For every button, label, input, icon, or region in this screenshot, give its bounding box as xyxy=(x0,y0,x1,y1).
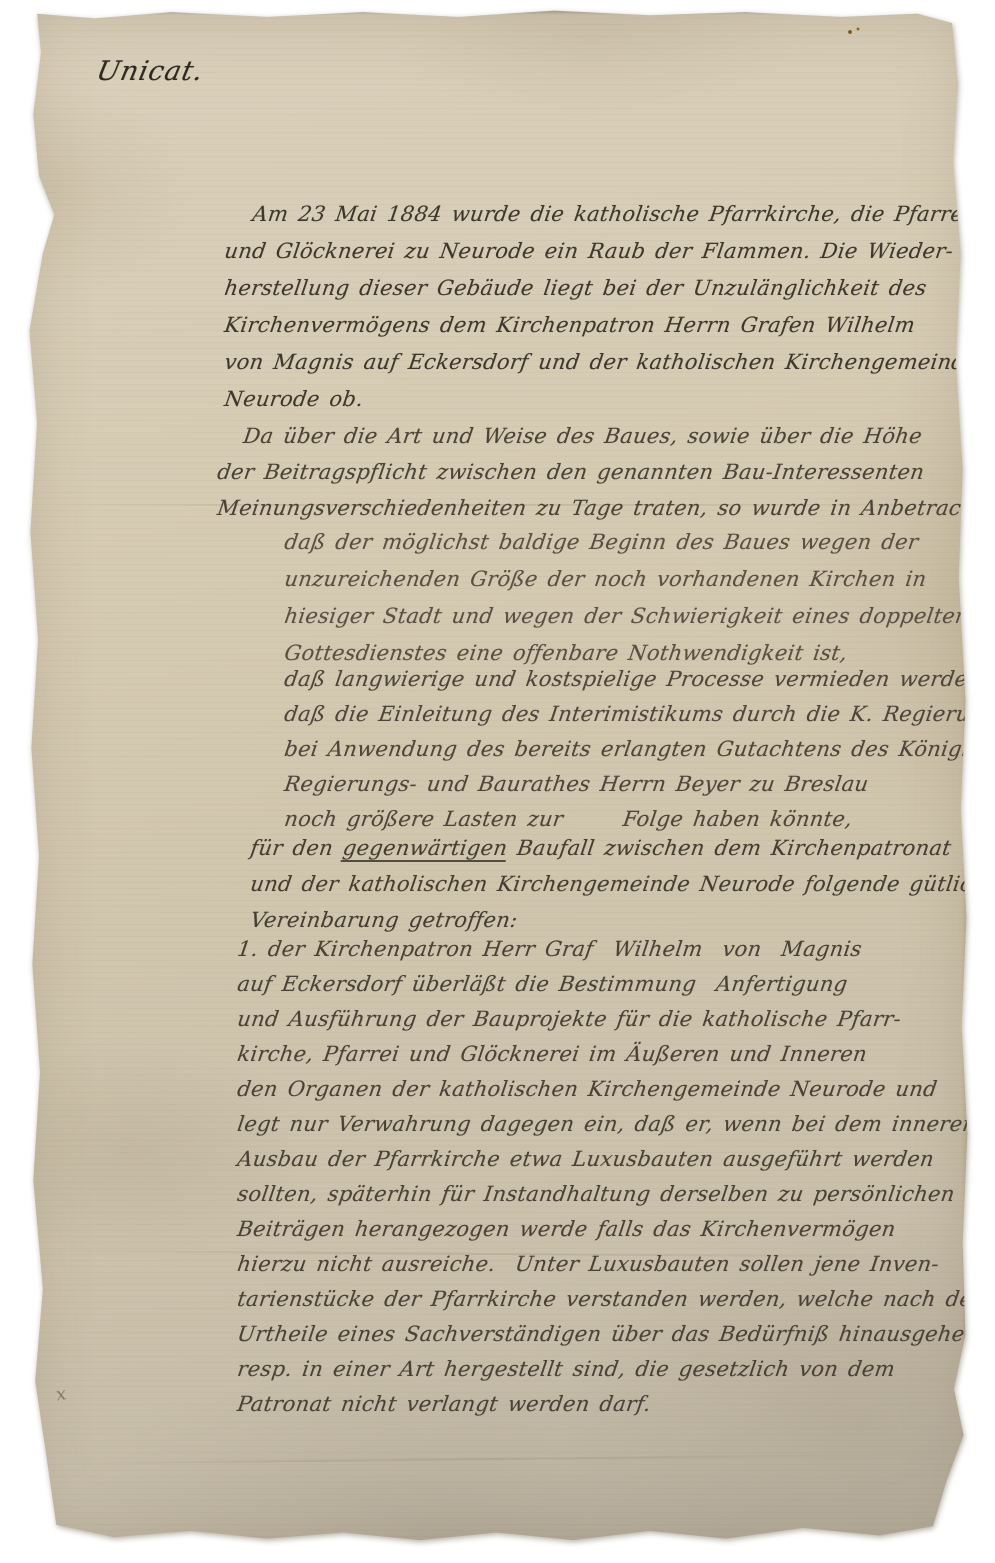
clause-costs: daß langwierige und kostspielige Process… xyxy=(282,662,995,837)
text-line: hiesiger Stadt und wegen der Schwierigke… xyxy=(282,598,972,635)
text-line: sollten, späterhin für Instandhaltung de… xyxy=(235,1177,995,1212)
text-line: Beiträgen herangezogen werde falls das K… xyxy=(235,1212,995,1247)
unicat-annotation: Unicat. xyxy=(94,56,207,87)
text-line: daß die Einleitung des Interimistikums d… xyxy=(282,697,995,732)
ink-stain xyxy=(846,26,862,36)
clause-necessity: daß der möglichst baldige Beginn des Bau… xyxy=(282,524,966,672)
text-line: daß langwierige und kostspielige Process… xyxy=(282,662,995,697)
text-segment: Baufall zwischen dem Kirchenpatronat xyxy=(506,836,953,860)
text-line: 1. der Kirchenpatron Herr Graf Wilhelm v… xyxy=(235,932,995,967)
text-line: und der katholischen Kirchengemeinde Neu… xyxy=(248,866,995,902)
text-line: von Magnis auf Eckersdorf und der kathol… xyxy=(222,344,981,381)
text-line: daß der möglichst baldige Beginn des Bau… xyxy=(282,524,972,561)
text-line: Patronat nicht verlangt werden darf. xyxy=(235,1387,995,1422)
text-line: bei Anwendung des bereits erlangten Guta… xyxy=(282,732,995,767)
text-line: der Beitragspflicht zwischen den genannt… xyxy=(215,454,986,490)
text-line: Meinungsverschiedenheiten zu Tage traten… xyxy=(215,490,986,526)
bottom-edge-shading xyxy=(18,1539,975,1551)
text-line: Neurode ob. xyxy=(222,381,981,418)
agreement-item-1: 1. der Kirchenpatron Herr Graf Wilhelm v… xyxy=(235,932,990,1422)
text-line: und Glöcknerei zu Neurode ein Raub der F… xyxy=(222,233,981,270)
text-line: den Organen der katholischen Kirchengeme… xyxy=(235,1072,995,1107)
top-edge-fold xyxy=(18,6,975,15)
margin-pen-mark: x xyxy=(54,1383,68,1405)
text-line: herstellung dieser Gebäude liegt bei der… xyxy=(222,270,981,307)
text-line: Ausbau der Pfarrkirche etwa Luxusbauten … xyxy=(235,1142,995,1177)
underlined-word: gegenwärtigen xyxy=(341,836,509,862)
text-line: für den gegenwärtigen Baufall zwischen d… xyxy=(248,830,995,866)
text-line: legt nur Verwahrung dagegen ein, daß er,… xyxy=(235,1107,995,1142)
paper-crease xyxy=(56,1453,936,1464)
text-line: Da über die Art und Weise des Baues, sow… xyxy=(215,418,986,454)
text-line: Urtheile eines Sachverständigen über das… xyxy=(235,1317,995,1352)
text-line: auf Eckersdorf überläßt die Bestimmung A… xyxy=(235,967,995,1002)
text-line: und Ausführung der Bauprojekte für die k… xyxy=(235,1002,995,1037)
scan-background: Unicat. Am 23 Mai 1884 wurde die katholi… xyxy=(0,0,995,1563)
opening-paragraph: Am 23 Mai 1884 wurde die katholische Pfa… xyxy=(222,196,975,418)
text-line: Regierungs- und Baurathes Herrn Beyer zu… xyxy=(282,767,995,802)
dispute-paragraph: Da über die Art und Weise des Baues, sow… xyxy=(215,418,981,526)
text-line: unzureichenden Größe der noch vorhandene… xyxy=(282,561,972,598)
manuscript-page: Unicat. Am 23 Mai 1884 wurde die katholi… xyxy=(18,6,975,1551)
left-edge-shading xyxy=(18,6,29,1551)
text-line: tarienstücke der Pfarrkirche verstanden … xyxy=(235,1282,995,1317)
text-line: resp. in einer Art hergestellt sind, die… xyxy=(235,1352,995,1387)
agreement-intro: für den gegenwärtigen Baufall zwischen d… xyxy=(248,830,995,938)
text-line: Kirchenvermögens dem Kirchenpatron Herrn… xyxy=(222,307,981,344)
text-segment: für den xyxy=(249,836,345,860)
text-line: kirche, Pfarrei und Glöcknerei im Äußere… xyxy=(235,1037,995,1072)
text-line: hierzu nicht ausreiche. Unter Luxusbaute… xyxy=(235,1247,995,1282)
text-line: Am 23 Mai 1884 wurde die katholische Pfa… xyxy=(222,196,981,233)
